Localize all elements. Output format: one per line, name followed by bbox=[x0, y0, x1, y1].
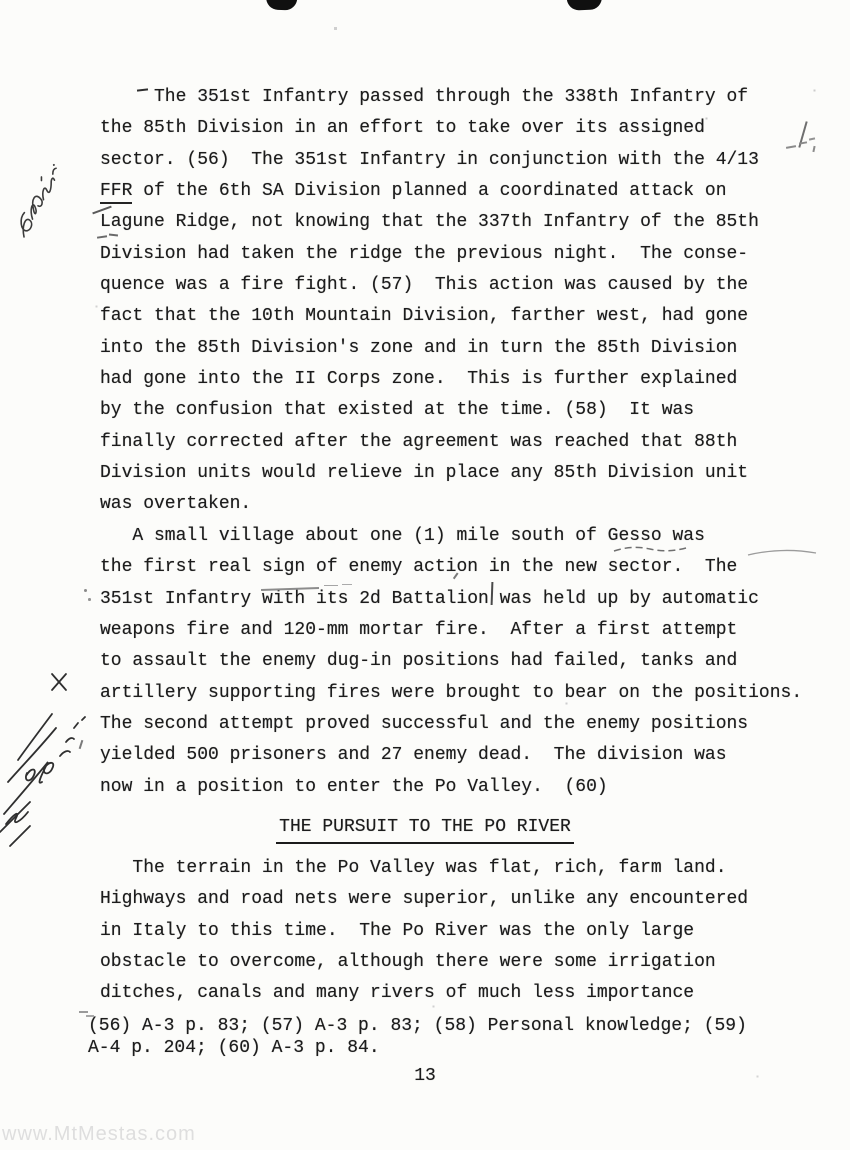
pencil-dot bbox=[88, 598, 91, 601]
text-line: Highways and road nets were superior, un… bbox=[100, 884, 800, 915]
pencil-dot bbox=[84, 589, 87, 592]
text-line: sector. (56) The 351st Infantry in conju… bbox=[100, 145, 800, 176]
text-line: Division units would relieve in place an… bbox=[100, 458, 800, 489]
text-line: had gone into the II Corps zone. This is… bbox=[100, 364, 800, 395]
text-line: Division had taken the ridge the previou… bbox=[100, 239, 800, 270]
text-line: A-4 p. 204; (60) A-3 p. 84. bbox=[88, 1037, 800, 1059]
text-line: now in a position to enter the Po Valley… bbox=[100, 772, 800, 803]
pencil-dash-before-footnote bbox=[86, 1015, 94, 1017]
text-line: yielded 500 prisoners and 27 enemy dead.… bbox=[100, 740, 800, 771]
handwritten-margin-note-icon bbox=[0, 129, 115, 268]
page-number: 13 bbox=[0, 1066, 850, 1086]
pencil-dash-before-footnote bbox=[79, 1011, 88, 1013]
typewritten-text: The 351st Infantry passed through the 33… bbox=[100, 82, 800, 1059]
binding-mark bbox=[266, 0, 297, 11]
text-line: FFR of the 6th SA Division planned a coo… bbox=[100, 176, 800, 207]
text-line: was overtaken. bbox=[100, 489, 800, 520]
text-line: weapons fire and 120-mm mortar fire. Aft… bbox=[100, 615, 800, 646]
underlined-text: FFR bbox=[100, 181, 132, 204]
text-line: by the confusion that existed at the tim… bbox=[100, 395, 800, 426]
scan-specks bbox=[0, 0, 1, 1]
text-line: into the 85th Division's zone and in tur… bbox=[100, 333, 800, 364]
footnote-block: (56) A-3 p. 83; (57) A-3 p. 83; (58) Per… bbox=[88, 1015, 800, 1059]
text-line: Lagune Ridge, not knowing that the 337th… bbox=[100, 207, 800, 238]
paragraph-block: The terrain in the Po Valley was flat, r… bbox=[100, 853, 800, 1010]
text-line: ditches, canals and many rivers of much … bbox=[100, 978, 800, 1009]
pencil-dash-after-413 bbox=[799, 141, 807, 144]
text-line: The second attempt proved successful and… bbox=[100, 709, 800, 740]
pencil-dash bbox=[342, 584, 352, 585]
pencil-dash bbox=[324, 585, 338, 586]
text-line: artillery supporting fires were brought … bbox=[100, 678, 800, 709]
text-line: fact that the 10th Mountain Division, fa… bbox=[100, 301, 800, 332]
paragraph-block: The 351st Infantry passed through the 33… bbox=[100, 82, 800, 521]
text-line: the 85th Division in an effort to take o… bbox=[100, 113, 800, 144]
pencil-arc-right-margin bbox=[746, 544, 818, 560]
text-line: The terrain in the Po Valley was flat, r… bbox=[100, 853, 800, 884]
text-line: A small village about one (1) mile south… bbox=[100, 521, 800, 552]
paragraph-block: A small village about one (1) mile south… bbox=[100, 521, 800, 803]
text-line: in Italy to this time. The Po River was … bbox=[100, 916, 800, 947]
binding-mark bbox=[567, 0, 602, 11]
text-line: quence was a fire fight. (57) This actio… bbox=[100, 270, 800, 301]
watermark: www.MtMestas.com bbox=[2, 1123, 196, 1146]
text-line: the first real sign of enemy action in t… bbox=[100, 552, 800, 583]
pencil-comma bbox=[812, 146, 815, 152]
dashed-underline-gesso bbox=[612, 542, 690, 556]
section-heading: THE PURSUIT TO THE PO RIVER bbox=[276, 815, 574, 844]
section-heading-row: THE PURSUIT TO THE PO RIVER bbox=[50, 815, 800, 843]
pencil-dash-after-413 bbox=[809, 137, 815, 140]
text-line: 351st Infantry with its 2d Battalion was… bbox=[100, 584, 800, 615]
text-line: The 351st Infantry passed through the 33… bbox=[100, 82, 800, 113]
scanned-document-page: The 351st Infantry passed through the 33… bbox=[0, 0, 850, 1150]
text-line: obstacle to overcome, although there wer… bbox=[100, 947, 800, 978]
text-line: (56) A-3 p. 83; (57) A-3 p. 83; (58) Per… bbox=[88, 1015, 800, 1037]
text-line: finally corrected after the agreement wa… bbox=[100, 427, 800, 458]
text-line: to assault the enemy dug-in positions ha… bbox=[100, 646, 800, 677]
